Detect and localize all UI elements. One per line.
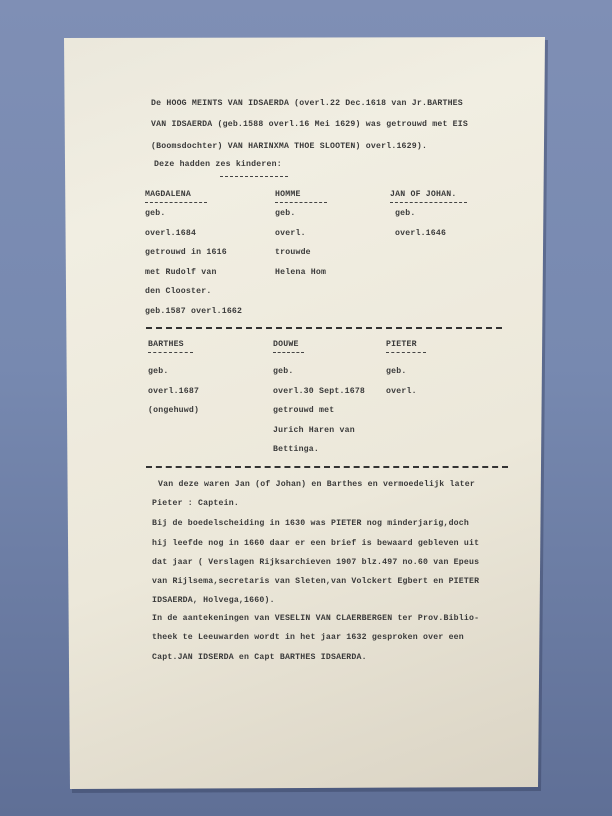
- child-detail: overl.1687: [148, 387, 199, 396]
- name-underline: [148, 352, 193, 353]
- child-detail: overl.1684: [145, 229, 196, 238]
- child-name: MAGDALENA: [145, 190, 191, 199]
- heading-underline: [220, 176, 288, 177]
- child-detail: overl.30 Sept.1678: [273, 387, 365, 396]
- child-detail: Bettinga.: [273, 445, 319, 454]
- note-line: Van deze waren Jan (of Johan) en Barthes…: [158, 480, 475, 489]
- child-detail: geb.: [395, 209, 415, 218]
- child-detail: geb.1587 overl.1662: [145, 307, 242, 316]
- child-detail: overl.1646: [395, 229, 446, 238]
- name-underline: [145, 202, 207, 203]
- child-name: BARTHES: [148, 340, 184, 349]
- child-detail: trouwde: [275, 248, 311, 257]
- note-line: In de aantekeningen van VESELIN VAN CLAE…: [152, 614, 479, 623]
- intro-line: VAN IDSAERDA (geb.1588 overl.16 Mei 1629…: [151, 120, 468, 129]
- child-name: JAN OF JOHAN.: [390, 190, 456, 199]
- note-line: Pieter : Captein.: [152, 499, 239, 508]
- child-detail: geb.: [145, 209, 165, 218]
- child-name: PIETER: [386, 340, 417, 349]
- child-detail: geb.: [273, 367, 293, 376]
- child-detail: met Rudolf van: [145, 268, 217, 277]
- note-line: theek te Leeuwarden wordt in het jaar 16…: [152, 633, 464, 642]
- name-underline: [275, 202, 327, 203]
- name-underline: [386, 352, 426, 353]
- child-name: DOUWE: [273, 340, 299, 349]
- child-detail: den Clooster.: [145, 287, 211, 296]
- divider-rule: [146, 327, 502, 329]
- child-detail: getrouwd met: [273, 406, 334, 415]
- child-detail: geb.: [275, 209, 295, 218]
- child-detail: geb.: [386, 367, 406, 376]
- child-detail: Jurich Haren van: [273, 426, 355, 435]
- note-line: IDSAERDA, Holvega,1660).: [152, 596, 275, 605]
- child-detail: geb.: [148, 367, 168, 376]
- note-line: hij leefde nog in 1660 daar er een brief…: [152, 539, 479, 548]
- child-detail: (ongehuwd): [148, 406, 199, 415]
- name-underline: [390, 202, 467, 203]
- intro-line: (Boomsdochter) VAN HARINXMA THOE SLOOTEN…: [151, 142, 427, 151]
- note-line: dat jaar ( Verslagen Rijksarchieven 1907…: [152, 558, 479, 567]
- child-detail: getrouwd in 1616: [145, 248, 227, 257]
- child-detail: overl.: [386, 387, 417, 396]
- note-line: Capt.JAN IDSERDA en Capt BARTHES IDSAERD…: [152, 653, 367, 662]
- child-detail: overl.: [275, 229, 306, 238]
- intro-line: De HOOG MEINTS VAN IDSAERDA (overl.22 De…: [151, 99, 463, 108]
- child-name: HOMME: [275, 190, 301, 199]
- intro-line: Deze hadden zes kinderen:: [154, 160, 282, 169]
- child-detail: Helena Hom: [275, 268, 326, 277]
- divider-rule: [146, 466, 508, 468]
- name-underline: [273, 352, 304, 353]
- note-line: van Rijlsema,secretaris van Sleten,van V…: [152, 577, 479, 586]
- note-line: Bij de boedelscheiding in 1630 was PIETE…: [152, 519, 469, 528]
